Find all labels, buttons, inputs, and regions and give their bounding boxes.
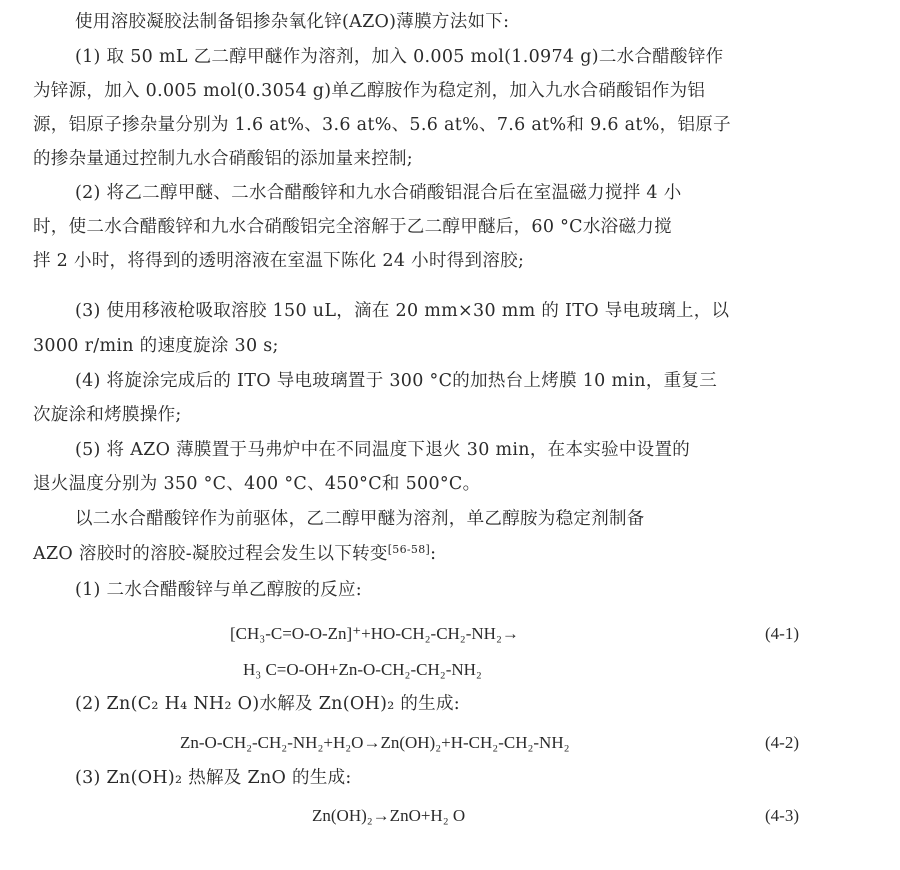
- step-4-line-1: (4) 将旋涂完成后的 ITO 导电玻璃置于 300 °C的加热台上烤膜 10 …: [75, 369, 717, 393]
- transition-line-2-end: :: [430, 544, 436, 564]
- reaction-2-heading: (2) Zn(C₂ H₄ NH₂ O)水解及 Zn(OH)₂ 的生成:: [75, 692, 460, 716]
- reaction-3-number: (4-3): [765, 804, 799, 828]
- step-3-line-2: 3000 r/min 的速度旋涂 30 s;: [33, 334, 279, 358]
- reaction-2-number: (4-2): [765, 731, 799, 755]
- reaction-1-equation-line-2: H₃ C=O-OH+Zn-O-CH₂-CH₂-NH₂: [243, 658, 482, 682]
- transition-line-2-text: AZO 溶胶时的溶胶-凝胶过程会发生以下转变: [33, 544, 388, 564]
- step-1-line-3: 源，铝原子掺杂量分别为 1.6 at%、3.6 at%、5.6 at%、7.6 …: [33, 113, 731, 137]
- reaction-1-number: (4-1): [765, 622, 799, 646]
- step-5-line-1: (5) 将 AZO 薄膜置于马弗炉中在不同温度下退火 30 min，在本实验中设…: [75, 438, 690, 462]
- reaction-1-heading: (1) 二水合醋酸锌与单乙醇胺的反应:: [75, 578, 362, 602]
- step-2-line-3: 拌 2 小时，将得到的透明溶液在室温下陈化 24 小时得到溶胶;: [33, 249, 524, 273]
- step-3-line-1: (3) 使用移液枪吸取溶胶 150 uL，滴在 20 mm×30 mm 的 IT…: [75, 299, 729, 323]
- document-page: 使用溶胶凝胶法制备铝掺杂氧化锌(AZO)薄膜方法如下: (1) 取 50 mL …: [0, 0, 900, 870]
- reaction-1-equation-line-1: [CH₃-C=O-O-Zn]⁺+HO-CH₂-CH₂-NH₂→: [230, 622, 519, 646]
- step-2-line-2: 时，使二水合醋酸锌和九水合硝酸铝完全溶解于乙二醇甲醚后，60 °C水浴磁力搅: [33, 215, 672, 239]
- reaction-3-equation: Zn(OH)₂→ZnO+H₂ O: [312, 804, 465, 828]
- transition-line-2: AZO 溶胶时的溶胶-凝胶过程会发生以下转变[56-58]:: [33, 542, 436, 566]
- step-4-line-2: 次旋涂和烤膜操作;: [33, 403, 182, 427]
- reaction-2-equation: Zn-O-CH₂-CH₂-NH₂+H₂O→Zn(OH)₂+H-CH₂-CH₂-N…: [180, 731, 570, 755]
- step-1-line-1: (1) 取 50 mL 乙二醇甲醚作为溶剂，加入 0.005 mol(1.097…: [75, 45, 723, 69]
- citation: [56-58]: [388, 543, 430, 556]
- step-5-line-2: 退火温度分别为 350 °C、400 °C、450°C和 500°C。: [33, 472, 480, 496]
- step-1-line-2: 为锌源，加入 0.005 mol(0.3054 g)单乙醇胺作为稳定剂，加入九水…: [33, 79, 705, 103]
- intro-text: 使用溶胶凝胶法制备铝掺杂氧化锌(AZO)薄膜方法如下:: [75, 10, 509, 34]
- transition-line-1: 以二水合醋酸锌作为前驱体，乙二醇甲醚为溶剂，单乙醇胺为稳定剂制备: [75, 507, 645, 531]
- reaction-3-heading: (3) Zn(OH)₂ 热解及 ZnO 的生成:: [75, 766, 352, 790]
- step-1-line-4: 的掺杂量通过控制九水合硝酸铝的添加量来控制;: [33, 147, 413, 171]
- step-2-line-1: (2) 将乙二醇甲醚、二水合醋酸锌和九水合硝酸铝混合后在室温磁力搅拌 4 小: [75, 181, 682, 205]
